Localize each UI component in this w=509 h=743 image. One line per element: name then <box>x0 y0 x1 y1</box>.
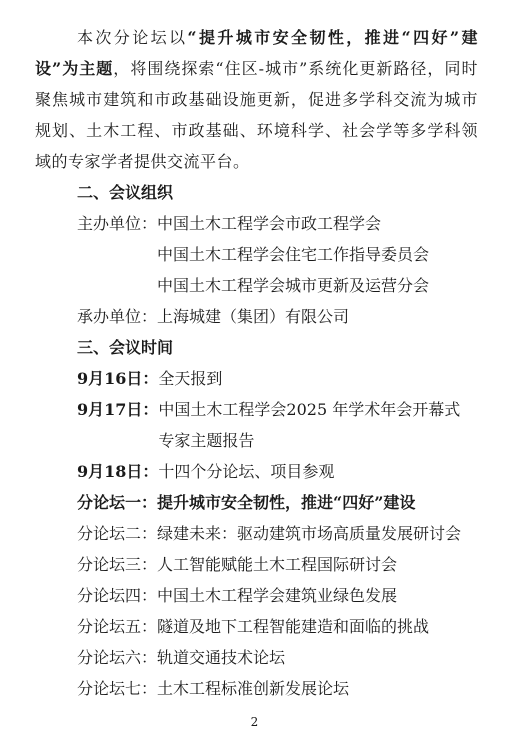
schedule-row: 9月17日： 中国土木工程学会2025 年学术年会开幕式 专家主题报告 <box>77 394 478 456</box>
forum-line-1: 分论坛一：提升城市安全韧性，推进“四好”建设 <box>77 487 478 518</box>
undertaker-item: 上海城建（集团）有限公司 <box>157 301 478 332</box>
page-number: 2 <box>0 714 509 730</box>
schedule-event: 十四个分论坛、项目参观 <box>158 456 478 487</box>
schedule-row: 9月18日： 十四个分论坛、项目参观 <box>77 456 478 487</box>
section-heading-time: 三、会议时间 <box>77 332 478 363</box>
intro-lead: 本次分论坛以 <box>77 28 187 47</box>
schedule-date-label: 9月16日： <box>77 363 158 394</box>
intro-paragraph: 本次分论坛以“提升城市安全韧性，推进“四好”建设”为主题，将围绕探索“住区-城市… <box>35 22 478 177</box>
forum-line-3: 分论坛三：人工智能赋能土木工程国际研讨会 <box>77 549 478 580</box>
schedule-event: 中国土木工程学会2025 年学术年会开幕式 <box>158 394 478 425</box>
forum-line-5: 分论坛五：隧道及地下工程智能建造和面临的挑战 <box>77 611 478 642</box>
host-unit-label: 主办单位： <box>77 208 157 239</box>
undertaker-block: 承办单位： 上海城建（集团）有限公司 <box>77 301 478 332</box>
forum-line-6: 分论坛六：轨道交通技术论坛 <box>77 642 478 673</box>
undertaker-list: 上海城建（集团）有限公司 <box>157 301 478 332</box>
page-content: 本次分论坛以“提升城市安全韧性，推进“四好”建设”为主题，将围绕探索“住区-城市… <box>35 22 478 704</box>
host-unit-item: 中国土木工程学会城市更新及运营分会 <box>157 270 478 301</box>
forum-line-2: 分论坛二：绿建未来：驱动建筑市场高质量发展研讨会 <box>77 518 478 549</box>
schedule-events: 中国土木工程学会2025 年学术年会开幕式 专家主题报告 <box>158 394 478 456</box>
schedule-events: 全天报到 <box>158 363 478 394</box>
forum-line-4: 分论坛四：中国土木工程学会建筑业绿色发展 <box>77 580 478 611</box>
schedule-events: 十四个分论坛、项目参观 <box>158 456 478 487</box>
host-unit-block: 主办单位： 中国土木工程学会市政工程学会 中国土木工程学会住宅工作指导委员会 中… <box>77 208 478 301</box>
host-unit-item: 中国土木工程学会住宅工作指导委员会 <box>157 239 478 270</box>
section-heading-organization: 二、会议组织 <box>77 177 478 208</box>
undertaker-label: 承办单位： <box>77 301 157 332</box>
document-page: 本次分论坛以“提升城市安全韧性，推进“四好”建设”为主题，将围绕探索“住区-城市… <box>0 0 509 743</box>
schedule-date-label: 9月18日： <box>77 456 158 487</box>
schedule-event: 专家主题报告 <box>158 425 478 456</box>
host-unit-list: 中国土木工程学会市政工程学会 中国土木工程学会住宅工作指导委员会 中国土木工程学… <box>157 208 478 301</box>
schedule-row: 9月16日： 全天报到 <box>77 363 478 394</box>
host-unit-item: 中国土木工程学会市政工程学会 <box>157 208 478 239</box>
schedule-date-label: 9月17日： <box>77 394 158 425</box>
schedule-event: 全天报到 <box>158 363 478 394</box>
forum-line-7: 分论坛七：土木工程标准创新发展论坛 <box>77 673 478 704</box>
